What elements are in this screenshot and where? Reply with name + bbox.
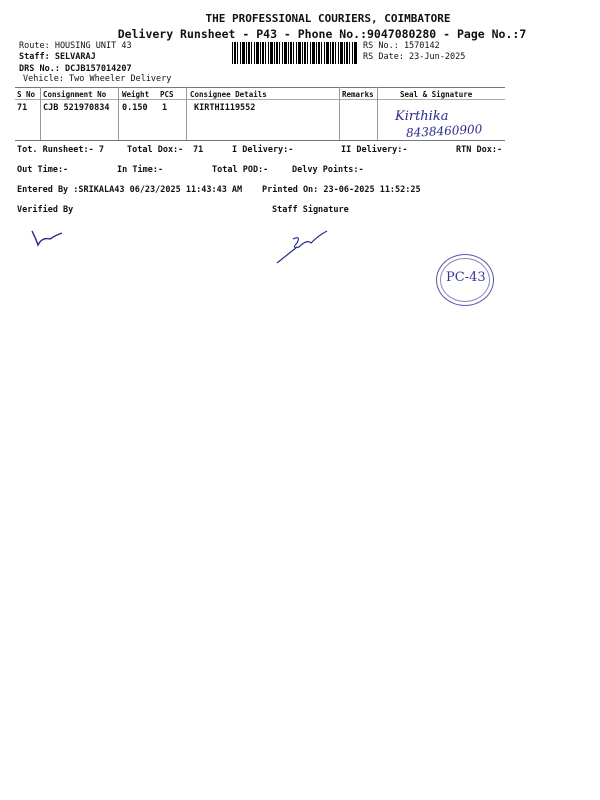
col-divider [339, 87, 340, 140]
staff-signature-icon [275, 225, 335, 265]
cell-weight: 0.150 [122, 103, 148, 113]
rs-number: RS No.: 1570142 [363, 41, 440, 51]
staff-signature-label: Staff Signature [272, 205, 349, 215]
col-divider [377, 87, 378, 140]
total-dox-value: 71 [193, 145, 203, 155]
col-header-remarks: Remarks [342, 90, 374, 99]
i-delivery: I Delivery:- [232, 145, 293, 155]
pc43-stamp: PC-43 [436, 254, 494, 306]
col-header-signature: Seal & Signature [400, 90, 472, 99]
table-header-divider [15, 99, 505, 100]
cell-consignee: KIRTHI119552 [194, 103, 255, 113]
company-title: THE PROFESSIONAL COURIERS, COIMBATORE [28, 12, 600, 25]
table-top-border [15, 87, 505, 88]
vehicle-label: Vehicle: Two Wheeler Delivery [23, 74, 171, 84]
in-time: In Time:- [117, 165, 163, 175]
total-pod: Total POD:- [212, 165, 268, 175]
drs-number: DRS No.: DCJB157014207 [19, 64, 132, 74]
route-label: Route: HOUSING UNIT 43 [19, 41, 132, 51]
col-divider [118, 87, 119, 140]
table-bottom-border [15, 140, 505, 141]
printed-on: Printed On: 23-06-2025 11:52:25 [262, 185, 421, 195]
col-header-consignee: Consignee Details [190, 90, 267, 99]
barcode-icon [232, 42, 357, 64]
total-dox-label: Total Dox:- [127, 145, 183, 155]
handwritten-signature-name: Kirthika [395, 109, 448, 124]
cell-sno: 71 [17, 103, 27, 113]
out-time: Out Time:- [17, 165, 68, 175]
col-header-consignment: Consignment No [43, 90, 106, 99]
col-header-pcs: PCS [160, 90, 174, 99]
col-header-weight: Weight [122, 90, 149, 99]
entered-by: Entered By :SRIKALA43 06/23/2025 11:43:4… [17, 185, 242, 195]
verifier-signature-icon [28, 225, 68, 250]
cell-pcs: 1 [162, 103, 167, 113]
staff-label: Staff: SELVARAJ [19, 52, 96, 62]
rtn-dox: RTN Dox:- [456, 145, 502, 155]
col-divider [186, 87, 187, 140]
verified-by-label: Verified By [17, 205, 73, 215]
col-header-sno: S No [17, 90, 35, 99]
stamp-text: PC-43 [446, 270, 486, 285]
rs-date: RS Date: 23-Jun-2025 [363, 52, 465, 62]
tot-runsheet: Tot. Runsheet:- 7 [17, 145, 104, 155]
ii-delivery: II Delivery:- [341, 145, 408, 155]
handwritten-phone: 8438460900 [406, 122, 483, 140]
cell-consignment: CJB 521970834 [43, 103, 110, 113]
delvy-points: Delvy Points:- [292, 165, 364, 175]
col-divider [40, 87, 41, 140]
runsheet-subtitle: Delivery Runsheet - P43 - Phone No.:9047… [22, 27, 600, 41]
